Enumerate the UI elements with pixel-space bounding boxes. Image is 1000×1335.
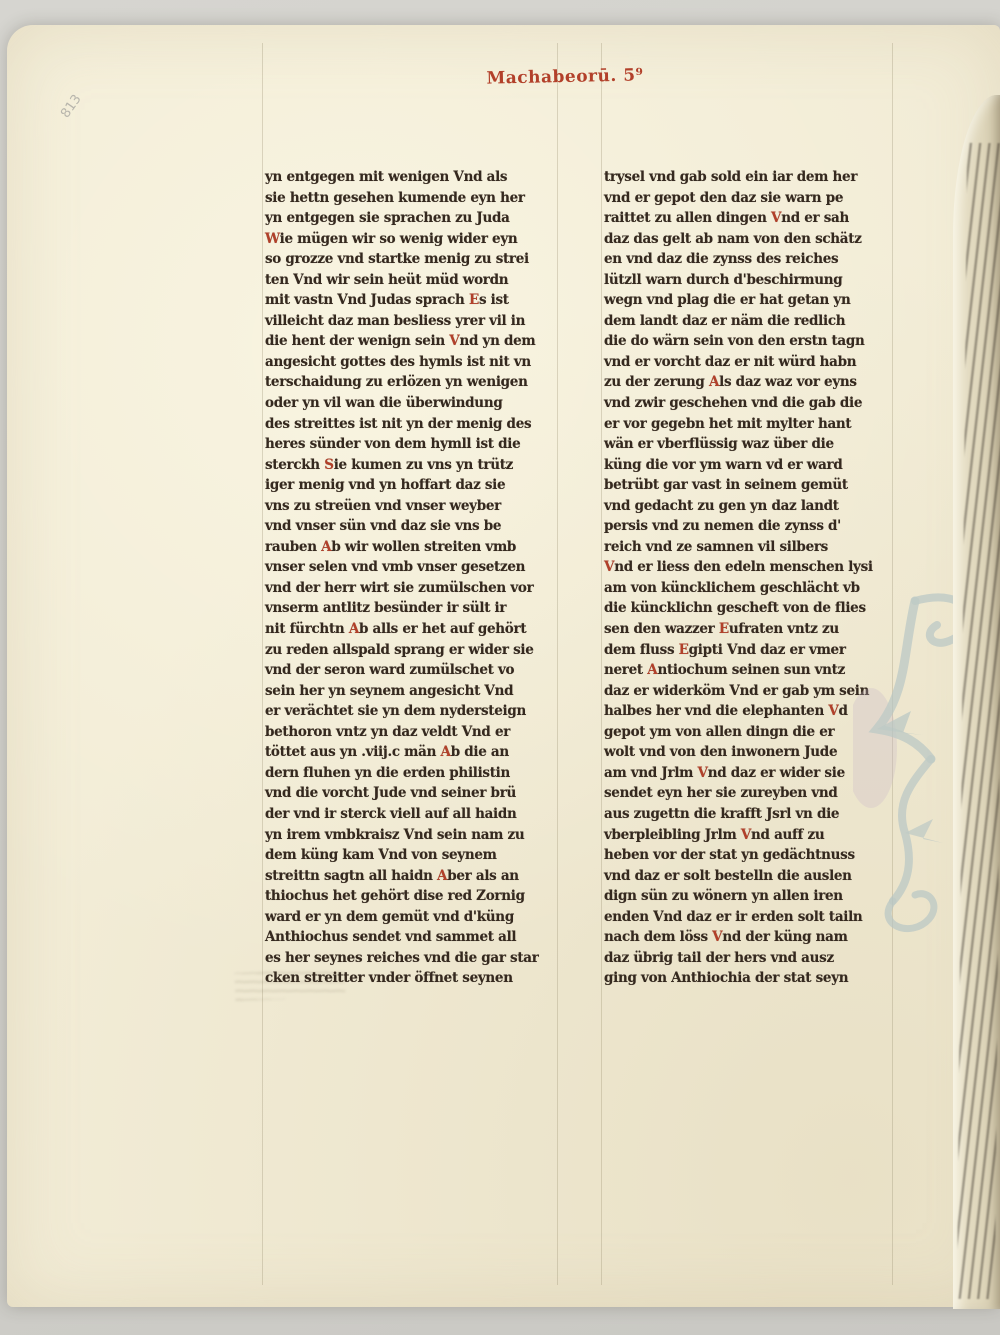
text-line: dem landt daz er näm die redlich xyxy=(604,311,902,332)
text-line: vnd er gepot den daz sie warn pe xyxy=(604,188,902,209)
column-ruling-line xyxy=(601,43,602,1285)
text-line: des streittes ist nit yn der menig des xyxy=(265,414,563,435)
text-line: sterckh Sie kumen zu vns yn trütz xyxy=(265,455,563,476)
pencil-folio-note: 813 xyxy=(58,92,85,121)
text-line: rauben Ab wir wollen streiten vmb xyxy=(265,537,563,558)
next-page-edge-text xyxy=(957,143,1000,1299)
rubricated-capital: A xyxy=(349,621,359,637)
rubricated-capital: A xyxy=(647,662,657,678)
text-line: die hent der wenign sein Vnd yn dem xyxy=(265,331,563,352)
text-line: vns zu streüen vnd vnser weyber xyxy=(265,496,563,517)
show-through-smudge xyxy=(235,969,346,1001)
text-line: vnser selen vnd vmb vnser gesetzen xyxy=(265,557,563,578)
text-line: Wie mügen wir so wenig wider eyn xyxy=(265,229,563,250)
text-line: heres sünder von dem hymll ist die xyxy=(265,434,563,455)
text-line: dern fluhen yn die erden philistin xyxy=(265,763,563,784)
rubricated-capital: V xyxy=(712,929,722,945)
text-line: thiochus het gehört dise red Zornig xyxy=(265,886,563,907)
text-line: reich vnd ze samnen vil silbers xyxy=(604,537,902,558)
manuscript-text-column-left: yn entgegen mit wenigen Vnd alssie hettn… xyxy=(265,167,563,989)
rubricated-capital: A xyxy=(709,374,719,390)
text-line: er vor gegebn het mit mylter hant xyxy=(604,414,902,435)
text-line: daz das gelt ab nam von den schätz xyxy=(604,229,902,250)
text-line: der vnd ir sterck viell auf all haidn xyxy=(265,804,563,825)
text-line: vnd er vorcht daz er nit würd habn xyxy=(604,352,902,373)
text-line: zu reden allspald sprang er wider sie xyxy=(265,640,563,661)
text-line: sie hettn gesehen kumende eyn her xyxy=(265,188,563,209)
text-line: en vnd daz die zynss des reiches xyxy=(604,249,902,270)
rubricated-capital: V xyxy=(828,703,838,719)
manuscript-photo: Machabeorū. 5⁹ 813 yn entgegen mit wenig… xyxy=(0,0,1000,1335)
rubricated-capital: W xyxy=(265,231,280,247)
text-line: trysel vnd gab sold ein iar dem her xyxy=(604,167,902,188)
rubricated-capital: V xyxy=(449,333,459,349)
text-line: vnserm antlitz besünder ir sült ir xyxy=(265,598,563,619)
text-line: yn entgegen sie sprachen zu Juda xyxy=(265,208,563,229)
rubricated-capital: V xyxy=(771,210,781,226)
text-line: er verächtet sie yn dem nydersteign xyxy=(265,701,563,722)
next-page-edge xyxy=(953,95,1000,1309)
text-line: die do wärn sein von den erstn tagn xyxy=(604,331,902,352)
text-line: vnd der herr wirt sie zumülschen vor xyxy=(265,578,563,599)
text-line: Vnd er liess den edeln menschen lysi xyxy=(604,557,902,578)
column-ruling-line xyxy=(262,43,263,1285)
rubricated-capital: V xyxy=(741,827,751,843)
text-line: mit vastn Vnd Judas sprach Es ist xyxy=(265,290,563,311)
text-line: wegn vnd plag die er hat getan yn xyxy=(604,290,902,311)
text-line: vnd gedacht zu gen yn daz landt xyxy=(604,496,902,517)
rubricated-capital: A xyxy=(321,539,331,555)
text-line: töttet aus yn .viij.c män Ab die an xyxy=(265,742,563,763)
text-line: dem küng kam Vnd von seynem xyxy=(265,845,563,866)
text-line: ward er yn dem gemüt vnd d'küng xyxy=(265,907,563,928)
text-line: persis vnd zu nemen die zynss d' xyxy=(604,516,902,537)
text-line: daz übrig tail der hers vnd ausz xyxy=(604,948,902,969)
text-line: wän er vberflüssig waz über die xyxy=(604,434,902,455)
text-line: vnd zwir geschehen vnd die gab die xyxy=(604,393,902,414)
text-line: es her seynes reiches vnd die gar star xyxy=(265,948,563,969)
text-line: yn entgegen mit wenigen Vnd als xyxy=(265,167,563,188)
text-line: betrübt gar vast in seinem gemüt xyxy=(604,475,902,496)
text-line: ging von Anthiochia der stat seyn xyxy=(604,968,902,989)
text-line: Anthiochus sendet vnd sammet all xyxy=(265,927,563,948)
text-line: terschaidung zu erlözen yn wenigen xyxy=(265,372,563,393)
rubricated-capital: E xyxy=(679,642,689,658)
text-line: vnd der seron ward zumülschet vo xyxy=(265,660,563,681)
text-line: bethoron vntz yn daz veldt Vnd er xyxy=(265,722,563,743)
text-line: yn irem vmbkraisz Vnd sein nam zu xyxy=(265,825,563,846)
rubricated-capital: A xyxy=(441,744,451,760)
text-line: so grozze vnd startke menig zu strei xyxy=(265,249,563,270)
text-line: ten Vnd wir sein heüt müd wordn xyxy=(265,270,563,291)
text-line: nit fürchtn Ab alls er het auf gehört xyxy=(265,619,563,640)
text-line: sein her yn seynem angesicht Vnd xyxy=(265,681,563,702)
running-title: Machabeorū. 5⁹ xyxy=(485,65,645,88)
text-line: raittet zu allen dingen Vnd er sah xyxy=(604,208,902,229)
text-line: vnd die vorcht Jude vnd seiner brü xyxy=(265,783,563,804)
text-line: oder yn vil wan die überwindung xyxy=(265,393,563,414)
text-line: streittn sagtn all haidn Aber als an xyxy=(265,866,563,887)
text-line: lützll warn durch d'beschirmung xyxy=(604,270,902,291)
text-line: angesicht gottes des hymls ist nit vn xyxy=(265,352,563,373)
rubricated-capital: S xyxy=(324,457,333,473)
text-line: villeicht daz man besliess yrer vil in xyxy=(265,311,563,332)
rubricated-capital: E xyxy=(469,292,479,308)
rubricated-capital: V xyxy=(698,765,708,781)
manuscript-page: Machabeorū. 5⁹ 813 yn entgegen mit wenig… xyxy=(7,25,1000,1307)
rubricated-capital: V xyxy=(604,559,614,575)
text-line: iger menig vnd yn hoffart daz sie xyxy=(265,475,563,496)
text-line: vnd vnser sün vnd daz sie vns be xyxy=(265,516,563,537)
rubricated-capital: E xyxy=(719,621,729,637)
text-line: küng die vor ym warn vd er ward xyxy=(604,455,902,476)
rubricated-capital: A xyxy=(437,868,447,884)
text-line: zu der zerung Als daz waz vor eyns xyxy=(604,372,902,393)
